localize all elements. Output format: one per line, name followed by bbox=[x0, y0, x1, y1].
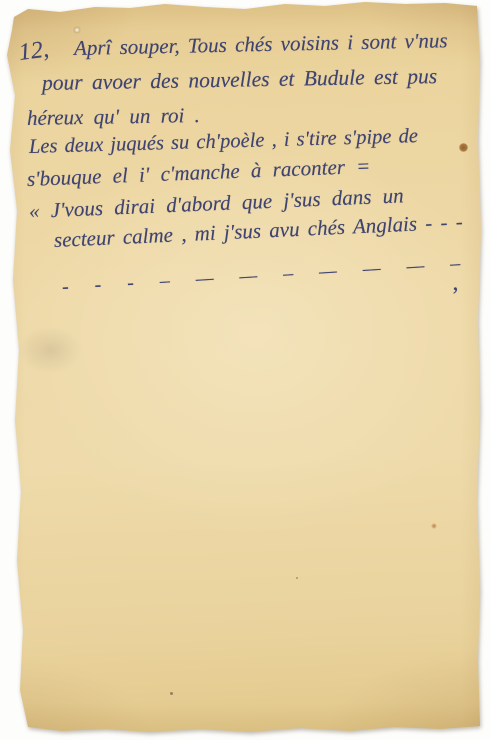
paper-sheet: 12, Aprî souper, Tous chés voisins i son… bbox=[0, 0, 490, 740]
page-number: 12, bbox=[17, 36, 50, 66]
paper-speck bbox=[296, 577, 298, 579]
handwritten-line: héreux qu' un roi . bbox=[27, 103, 200, 131]
handwritten-line: pour avoer des nouvelles et Budule est p… bbox=[42, 64, 438, 96]
pencil-smudge bbox=[18, 326, 82, 374]
paper-speck bbox=[170, 692, 173, 695]
handwritten-dash-line: - - - – — — – — — — – - - bbox=[61, 248, 490, 299]
scanned-document-background: 12, Aprî souper, Tous chés voisins i son… bbox=[0, 0, 490, 740]
rust-spot bbox=[431, 523, 437, 529]
brown-ink-stain bbox=[459, 143, 468, 152]
paper-sheet-wrap: 12, Aprî souper, Tous chés voisins i son… bbox=[0, 0, 490, 740]
handwritten-line: Aprî souper, Tous chés voisins i sont v'… bbox=[74, 28, 448, 61]
